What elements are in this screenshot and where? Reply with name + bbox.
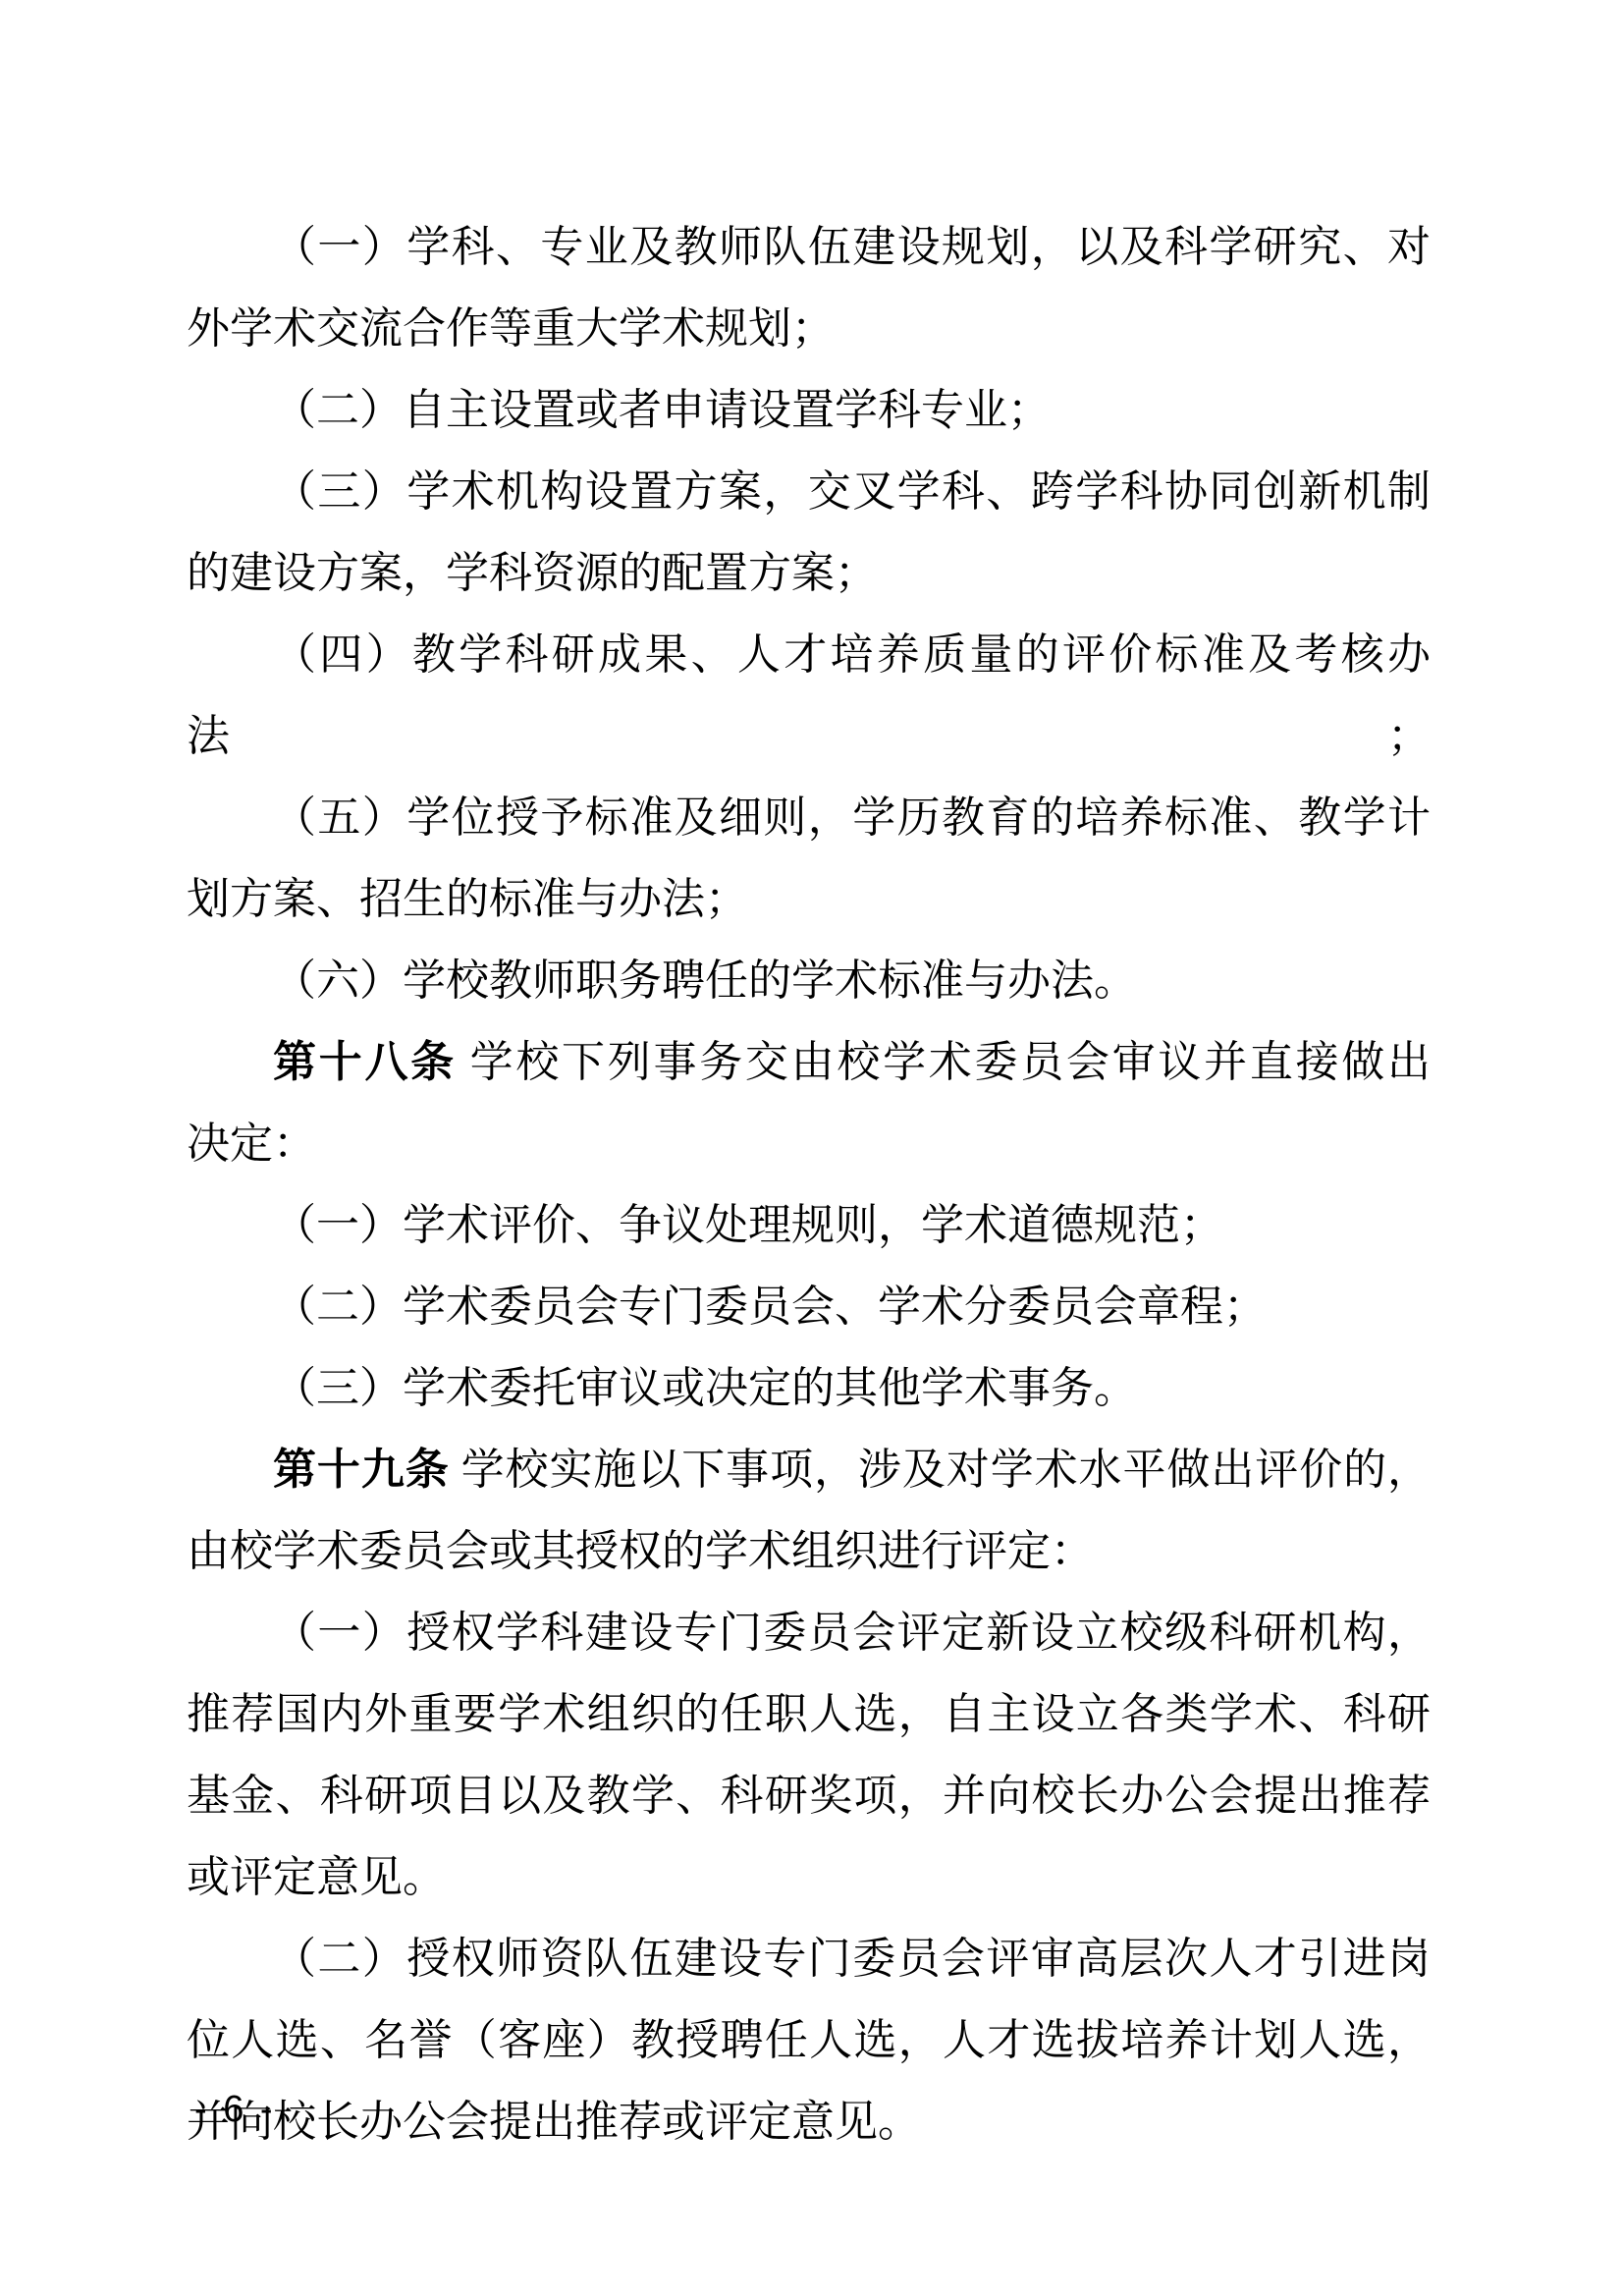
text-line: （三）学术委托审议或决定的其他学术事务。 [187,1347,1431,1429]
text-line: 或评定意见。 [187,1836,1431,1918]
text-line: （三）学术机构设置方案，交叉学科、跨学科协同创新机制 [187,451,1431,532]
text-line: 决定： [187,1103,1431,1184]
document-body: （一）学科、专业及教师队伍建设规划，以及科学研究、对 外学术交流合作等重大学术规… [187,206,1431,2162]
article-text: 学校实施以下事项，涉及对学术水平做出评价的， [450,1446,1431,1494]
article-text: 学校下列事务交由校学术委员会审议并直接做出 [457,1038,1431,1086]
text-line: （六）学校教师职务聘任的学术标准与办法。 [187,940,1431,1021]
text-line: 第十八条 学校下列事务交由校学术委员会审议并直接做出 [187,1021,1431,1103]
text-line: （一）学科、专业及教师队伍建设规划，以及科学研究、对 [187,206,1431,288]
article-number: 第十九条 [273,1446,450,1494]
text-line: （五）学位授予标准及细则，学历教育的培养标准、教学计 [187,777,1431,858]
article-number: 第十八条 [273,1038,457,1086]
text-line: （一）授权学科建设专门委员会评定新设立校级科研机构， [187,1592,1431,1673]
text-line: 外学术交流合作等重大学术规划； [187,288,1431,369]
text-line: （二）学术委员会专门委员会、学术分委员会章程； [187,1266,1431,1347]
text-line: 并向校长办公会提出推荐或评定意见。 [187,2081,1431,2162]
text-line: 划方案、招生的标准与办法； [187,858,1431,940]
text-line: 基金、科研项目以及教学、科研奖项，并向校长办公会提出推荐 [187,1755,1431,1836]
text-line: 位人选、名誉（客座）教授聘任人选，人才选拔培养计划人选， [187,1999,1431,2081]
text-line: （二）自主设置或者申请设置学科专业； [187,369,1431,451]
text-line: 第十九条 学校实施以下事项，涉及对学术水平做出评价的， [187,1429,1431,1510]
text-line: 由校学术委员会或其授权的学术组织进行评定： [187,1510,1431,1592]
page-number: - 6 - [194,2088,276,2131]
text-line: （二）授权师资队伍建设专门委员会评审高层次人才引进岗 [187,1918,1431,1999]
text-line: （四）教学科研成果、人才培养质量的评价标准及考核办法； [187,614,1431,777]
text-line: 的建设方案，学科资源的配置方案； [187,532,1431,614]
text-line: （一）学术评价、争议处理规则，学术道德规范； [187,1184,1431,1266]
text-line: 推荐国内外重要学术组织的任职人选，自主设立各类学术、科研 [187,1673,1431,1755]
document-page: （一）学科、专业及教师队伍建设规划，以及科学研究、对 外学术交流合作等重大学术规… [0,0,1622,2296]
